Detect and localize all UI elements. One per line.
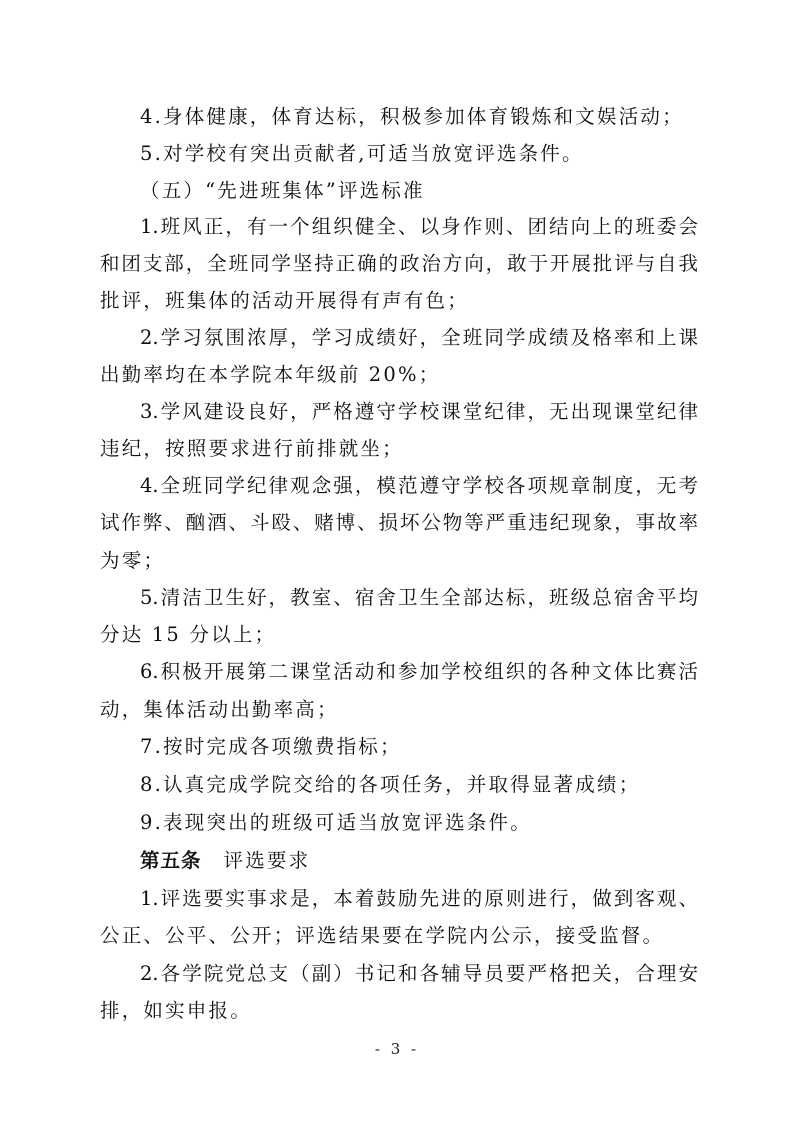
text-line: 分达 15 分以上； (100, 622, 698, 648)
text-line: 试作弊、酗酒、斗殴、赌博、损坏公物等严重违纪现象，事故率 (100, 510, 698, 536)
text-line: 7.按时完成各项缴费指标； (140, 734, 698, 760)
text-line: 9.表现突出的班级可适当放宽评选条件。 (140, 810, 698, 836)
page-number: - 3 - (0, 1040, 794, 1058)
text-line: 8.认真完成学院交给的各项任务，并取得显著成绩； (140, 772, 698, 798)
text-line: 2.各学院党总支（副）书记和各辅导员要严格把关，合理安 (140, 961, 698, 987)
article-title: 评选要求 (224, 849, 311, 872)
text-line: 5.清洁卫生好，教室、宿舍卫生全部达标，班级总宿舍平均 (140, 585, 698, 611)
text-line: （五）“先进班集体”评选标准 (140, 178, 698, 204)
text-line: 1.班风正，有一个组织健全、以身作则、团结向上的班委会 (140, 214, 698, 240)
text-line: 出勤率均在本学院本年级前 20%； (100, 362, 698, 388)
text-line: 和团支部，全班同学坚持正确的政治方向，敢于开展批评与自我 (100, 251, 698, 277)
article-heading: 第五条评选要求 (140, 848, 698, 874)
text-line: 5.对学校有突出贡献者,可适当放宽评选条件。 (140, 141, 698, 167)
text-line: 4.全班同学纪律观念强，模范遵守学校各项规章制度，无考 (140, 473, 698, 499)
text-line: 4.身体健康，体育达标，积极参加体育锻炼和文娱活动； (140, 104, 698, 130)
document-page: 4.身体健康，体育达标，积极参加体育锻炼和文娱活动；5.对学校有突出贡献者,可适… (0, 0, 794, 1123)
text-line: 动，集体活动出勤率高； (100, 697, 698, 723)
text-line: 违纪，按照要求进行前排就坐； (100, 436, 698, 462)
text-line: 6.积极开展第二课堂活动和参加学校组织的各种文体比赛活 (140, 659, 698, 685)
text-line: 排，如实申报。 (100, 998, 698, 1024)
text-line: 1.评选要实事求是，本着鼓励先进的原则进行，做到客观、 (140, 886, 698, 912)
text-line: 2.学习氛围浓厚，学习成绩好，全班同学成绩及格率和上课 (140, 325, 698, 351)
text-line: 批评，班集体的活动开展得有声有色； (100, 288, 698, 314)
text-line: 为零； (100, 548, 698, 574)
article-number: 第五条 (140, 849, 202, 872)
text-line: 3.学风建设良好，严格遵守学校课堂纪律，无出现课堂纪律 (140, 399, 698, 425)
text-line: 公正、公平、公开；评选结果要在学院内公示，接受监督。 (100, 923, 698, 949)
